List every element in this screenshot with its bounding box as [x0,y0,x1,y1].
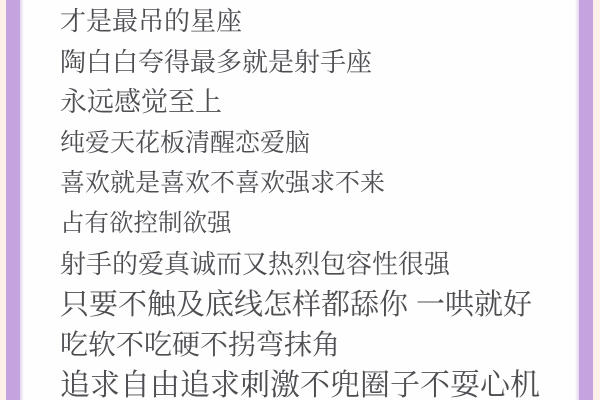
text-line-6: 占有欲控制欲强 [60,204,576,245]
right-cream-edge-stripe [593,0,600,400]
text-line-2: 陶白白夸得最多就是射手座 [60,42,576,83]
text-line-9: 吃软不吃硬不拐弯抹角 [60,325,576,366]
text-line-7: 射手的爱真诚而又热烈包容性很强 [60,244,576,285]
text-line-1: 才是最吊的星座 [60,1,576,42]
right-purple-border-stripe [579,0,593,400]
subtitle-text-block: 才是最吊的星座 陶白白夸得最多就是射手座 永远感觉至上 纯爱天花板清醒恋爱脑 喜… [60,1,576,400]
text-line-5: 喜欢就是喜欢不喜欢强求不来 [60,163,576,204]
left-purple-fade [20,0,24,400]
text-line-10: 追求自由追求刺激不兜圈子不耍心机 [60,366,576,400]
text-line-8: 只要不触及底线怎样都舔你 一哄就好 [60,285,576,326]
text-line-3: 永远感觉至上 [60,82,576,123]
screenshot-canvas: 才是最吊的星座 陶白白夸得最多就是射手座 永远感觉至上 纯爱天花板清醒恋爱脑 喜… [0,0,600,400]
left-purple-border-stripe [6,0,20,400]
text-line-4: 纯爱天花板清醒恋爱脑 [60,123,576,164]
